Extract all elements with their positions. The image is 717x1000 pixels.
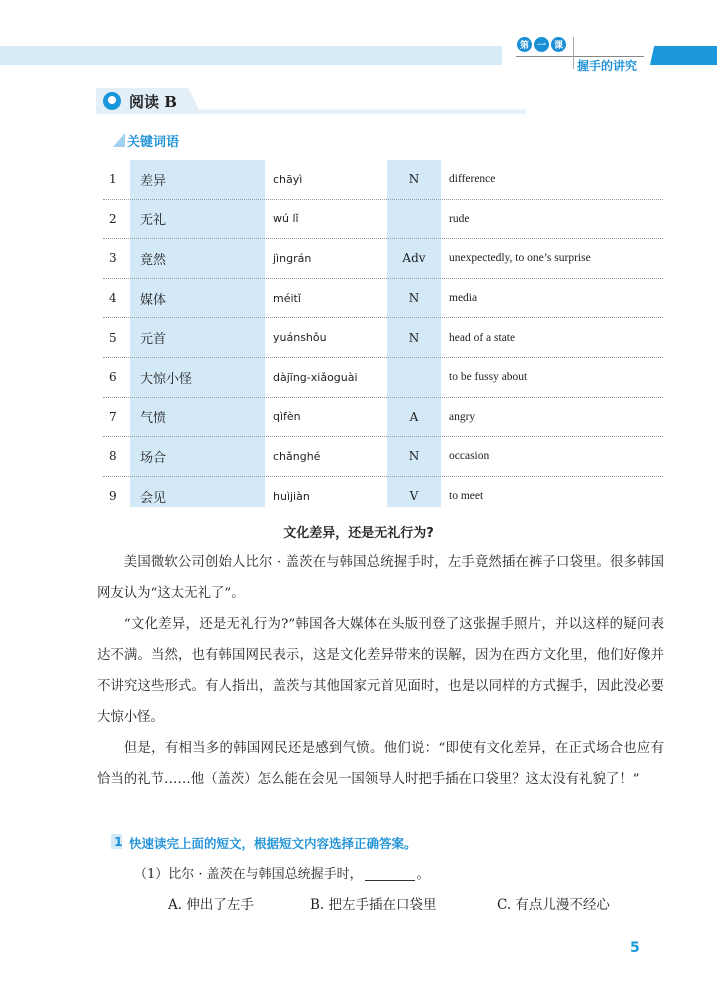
english: media bbox=[441, 292, 477, 304]
table-row: 8 场合 chǎnghé N occasion bbox=[103, 437, 663, 477]
row-number: 6 bbox=[103, 370, 130, 384]
part-of-speech: V bbox=[387, 489, 441, 503]
row-number: 5 bbox=[103, 331, 130, 345]
hanzi: 会见 bbox=[130, 487, 265, 506]
divider bbox=[573, 37, 574, 69]
question: （1）比尔 · 盖茨在与韩国总统握手时，。 bbox=[134, 863, 430, 882]
lesson-badge: 第 bbox=[517, 37, 532, 52]
table-row: 3 竟然 jìngrán Adv unexpectedly, to one’s … bbox=[103, 239, 663, 279]
english: to be fussy about bbox=[441, 371, 527, 383]
lesson-badges: 第 一 课 bbox=[517, 37, 566, 52]
pinyin: huìjiàn bbox=[265, 490, 387, 503]
option-b[interactable]: B. 把左手插在口袋里 bbox=[310, 893, 437, 913]
page-number: 5 bbox=[630, 940, 640, 956]
english: occasion bbox=[441, 450, 489, 462]
row-number: 1 bbox=[103, 172, 130, 186]
pinyin: qìfèn bbox=[265, 410, 387, 423]
row-number: 3 bbox=[103, 251, 130, 265]
english: head of a state bbox=[441, 332, 515, 344]
hanzi: 无礼 bbox=[130, 209, 265, 228]
article-paragraph: “文化差异，还是无礼行为?”韩国各大媒体在头版刊登了这张握手照片，并以这样的疑问… bbox=[97, 609, 664, 733]
english: to meet bbox=[441, 490, 483, 502]
article-paragraph: 美国微软公司创始人比尔 · 盖茨在与韩国总统握手时，左手竟然插在裤子口袋里。很多… bbox=[97, 547, 664, 609]
hanzi: 气愤 bbox=[130, 407, 265, 426]
row-number: 7 bbox=[103, 410, 130, 424]
part-of-speech: N bbox=[387, 291, 441, 305]
part-of-speech: N bbox=[387, 331, 441, 345]
table-row: 2 无礼 wú lǐ rude bbox=[103, 200, 663, 240]
article-paragraph: 但是，有相当多的韩国网民还是感到气愤。他们说：“即使有文化差异，在正式场合也应有… bbox=[97, 733, 664, 795]
hanzi: 差异 bbox=[130, 170, 265, 189]
option-c[interactable]: C. 有点儿漫不经心 bbox=[497, 893, 610, 913]
pinyin: méitǐ bbox=[265, 292, 387, 305]
option-a[interactable]: A. 伸出了左手 bbox=[168, 893, 254, 913]
section-header: 阅读 B bbox=[96, 88, 526, 114]
english: unexpectedly, to one’s surprise bbox=[441, 252, 591, 264]
row-number: 8 bbox=[103, 449, 130, 463]
pinyin: jìngrán bbox=[265, 252, 387, 265]
keywords-title: 关键词语 bbox=[127, 131, 179, 150]
pinyin: yuánshǒu bbox=[265, 331, 387, 344]
header-tab-decoration bbox=[650, 46, 717, 65]
exercise-instruction: 快速读完上面的短文，根据短文内容选择正确答案。 bbox=[129, 836, 417, 851]
pinyin: dàjīng-xiǎoguài bbox=[265, 371, 387, 384]
header-band bbox=[0, 46, 502, 65]
triangle-icon bbox=[113, 133, 125, 147]
pinyin: chāyì bbox=[265, 173, 387, 186]
english: angry bbox=[441, 411, 475, 423]
english: rude bbox=[441, 213, 469, 225]
lesson-badge: 一 bbox=[534, 37, 549, 52]
table-row: 9 会见 huìjiàn V to meet bbox=[103, 477, 663, 516]
article-title: 文化差异，还是无礼行为? bbox=[0, 522, 717, 541]
table-row: 7 气愤 qìfèn A angry bbox=[103, 398, 663, 438]
table-row: 5 元首 yuánshǒu N head of a state bbox=[103, 318, 663, 358]
part-of-speech: N bbox=[387, 172, 441, 186]
english: difference bbox=[441, 173, 495, 185]
answer-blank[interactable] bbox=[365, 868, 415, 881]
row-number: 9 bbox=[103, 489, 130, 503]
lesson-badge: 课 bbox=[551, 37, 566, 52]
hanzi: 媒体 bbox=[130, 289, 265, 308]
pinyin: chǎnghé bbox=[265, 450, 387, 463]
row-number: 4 bbox=[103, 291, 130, 305]
question-text: （1）比尔 · 盖茨在与韩国总统握手时， bbox=[134, 867, 363, 882]
table-row: 6 大惊小怪 dàjīng-xiǎoguài to be fussy about bbox=[103, 358, 663, 398]
pinyin: wú lǐ bbox=[265, 212, 387, 225]
section-title: 阅读 B bbox=[129, 91, 177, 112]
hanzi: 元首 bbox=[130, 328, 265, 347]
part-of-speech: Adv bbox=[387, 251, 441, 265]
part-of-speech: N bbox=[387, 449, 441, 463]
exercise-header: 1 快速读完上面的短文，根据短文内容选择正确答案。 bbox=[111, 834, 417, 852]
lesson-title: 握手的讲究 bbox=[577, 57, 637, 74]
hanzi: 竟然 bbox=[130, 249, 265, 268]
hanzi: 场合 bbox=[130, 447, 265, 466]
exercise-number: 1 bbox=[111, 834, 122, 849]
reading-icon bbox=[103, 92, 121, 110]
vocabulary-table: 1 差异 chāyì N difference 2 无礼 wú lǐ rude … bbox=[103, 160, 663, 515]
row-number: 2 bbox=[103, 212, 130, 226]
hanzi: 大惊小怪 bbox=[130, 368, 265, 387]
table-row: 1 差异 chāyì N difference bbox=[103, 160, 663, 200]
question-end: 。 bbox=[417, 867, 430, 882]
table-row: 4 媒体 méitǐ N media bbox=[103, 279, 663, 319]
part-of-speech: A bbox=[387, 410, 441, 424]
